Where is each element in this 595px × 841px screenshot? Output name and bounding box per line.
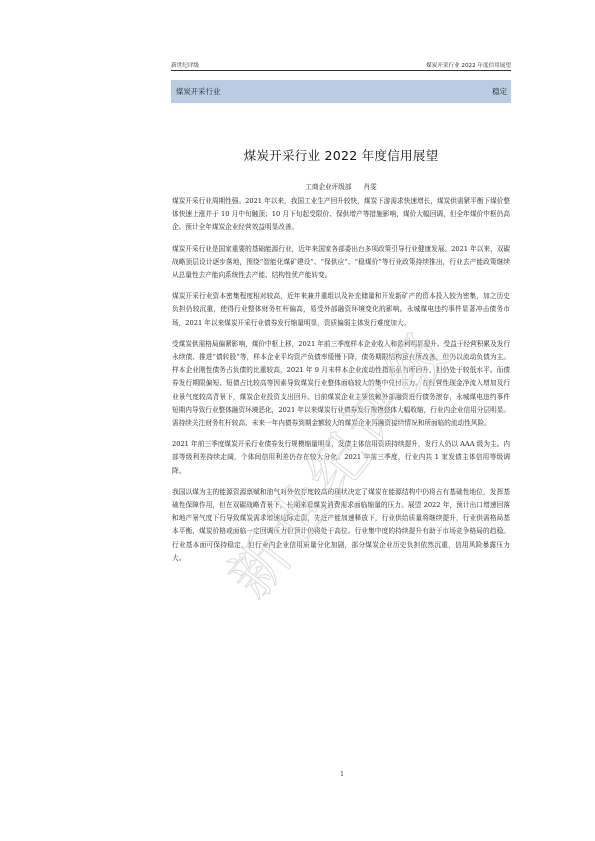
industry-outlook-band: 煤炭开采行业 稳定: [171, 80, 511, 103]
author-department: 工商企业评级部: [305, 183, 351, 191]
running-header: 新世纪评级 煤炭开采行业 2022 年度信用展望: [171, 55, 511, 71]
running-header-left: 新世纪评级: [171, 61, 199, 69]
author-line: 工商企业评级部 肖雯: [171, 181, 511, 191]
paragraph: 煤炭开采行业周期性强。2021 年以来，我国工业生产回升较快，煤炭下游需求快速增…: [172, 195, 510, 235]
industry-label: 煤炭开采行业: [176, 86, 220, 97]
running-header-right: 煤炭开采行业 2022 年度信用展望: [426, 61, 511, 69]
paragraph: 煤炭开采行业是国家重要的基础能源行业，近年来国家各部委出台多项政策引导行业健康发…: [172, 243, 510, 283]
paragraph: 我国以煤为主的能源资源禀赋和油气对外依存度较高的现状决定了煤炭在能源结构中仍将占…: [172, 486, 510, 565]
body-text: 煤炭开采行业周期性强。2021 年以来，我国工业生产回升较快，煤炭下游需求快速增…: [172, 195, 510, 573]
paragraph: 受煤炭供需格局偏紧影响，煤价中枢上移，2021 年前三季度样本企业收入和盈利明显…: [172, 338, 510, 430]
page-number: 1: [336, 771, 348, 778]
author-name: 肖雯: [364, 183, 377, 191]
document-title: 煤炭开采行业 2022 年度信用展望: [171, 145, 511, 164]
outlook-label: 稳定: [492, 86, 507, 97]
paragraph: 煤炭开采行业资本密集程度相对较高，近年来兼并重组以及补充储量和开发新矿产的资本投…: [172, 290, 510, 330]
paragraph: 2021 年前三季度煤炭开采行业债券发行规模缩量明显，发债主体信用资质持续提升，…: [172, 438, 510, 478]
